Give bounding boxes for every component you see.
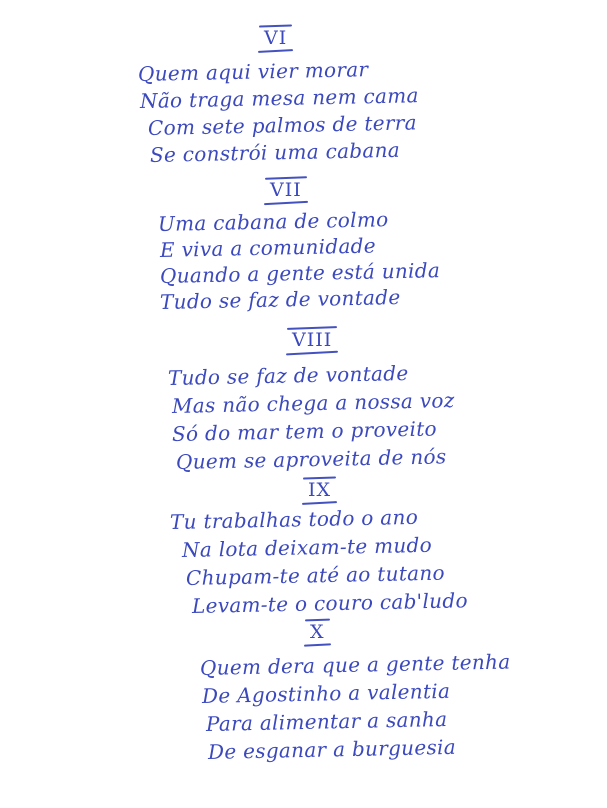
stanza-numeral: IX xyxy=(306,480,333,500)
verse-line: Quando a gente está unida xyxy=(160,258,441,288)
verse-line: Não traga mesa nem cama xyxy=(140,83,419,113)
verse-line: Com sete palmos de terra xyxy=(148,110,417,140)
verse-line: Quem aqui vier morar xyxy=(138,57,369,86)
stanza-numeral: VIII xyxy=(290,330,334,350)
verse-line: Tudo se faz de vontade xyxy=(168,361,409,390)
verse-line: Na lota deixam-te mudo xyxy=(182,533,432,562)
verse-line: Tudo se faz de vontade xyxy=(160,285,401,314)
verse-line: Só do mar tem o proveito xyxy=(172,416,437,446)
stanza-numeral: VII xyxy=(268,180,304,200)
verse-line: Levam-te o couro cab'ludo xyxy=(192,588,468,618)
verse-line: Tu trabalhas todo o ano xyxy=(170,505,419,534)
verse-line: Para alimentar a sanha xyxy=(206,707,448,736)
verse-line: Quem se aproveita de nós xyxy=(176,444,447,474)
verse-line: Quem dera que a gente tenha xyxy=(200,650,511,680)
stanza-numeral: VI xyxy=(262,28,289,48)
verse-line: De Agostinho a valentia xyxy=(202,679,451,708)
stanza-numeral: X xyxy=(308,622,327,642)
verse-line: Chupam-te até ao tutano xyxy=(186,561,445,590)
handwritten-page: VI Quem aqui vier morar Não traga mesa n… xyxy=(0,0,607,808)
verse-line: Uma cabana de colmo xyxy=(158,207,389,236)
verse-line: E viva a comunidade xyxy=(160,233,376,262)
verse-line: De esganar a burguesia xyxy=(208,735,456,764)
verse-line: Se constrói uma cabana xyxy=(150,138,401,167)
verse-line: Mas não chega a nossa voz xyxy=(172,388,455,418)
